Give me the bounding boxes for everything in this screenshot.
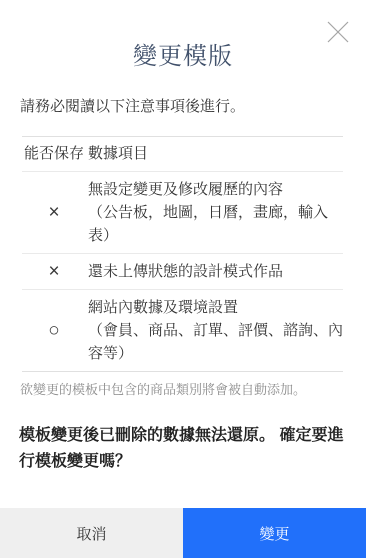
close-button[interactable] <box>321 15 355 49</box>
row-text-line: （公告板，地圖，日曆，畫廊，輸入表） <box>88 201 343 247</box>
data-items-table: 能否保存 數據項目 × 無設定變更及修改履歷的內容 （公告板，地圖，日曆，畫廊，… <box>22 136 343 372</box>
warning-text: 模板變更後已刪除的數據無法還原。 確定要進行模板變更嗎？ <box>19 423 346 475</box>
change-template-dialog: 變更模版 請務必閱讀以下注意事項後進行。 能否保存 數據項目 × 無設定變更及修… <box>0 0 366 475</box>
column-header-savable: 能否保存 <box>22 144 86 164</box>
column-header-data-item: 數據項目 <box>86 144 343 164</box>
table-row: × 無設定變更及修改履歷的內容 （公告板，地圖，日曆，畫廊，輸入表） <box>22 171 343 253</box>
close-icon <box>327 21 349 43</box>
not-savable-mark: × <box>48 202 59 223</box>
savable-mark: ○ <box>48 320 59 341</box>
intro-text: 請務必閱讀以下注意事項後進行。 <box>20 98 346 115</box>
cancel-button[interactable]: 取消 <box>0 508 183 558</box>
row-text-line: 無設定變更及修改履歷的內容 <box>88 178 343 201</box>
not-savable-mark: × <box>48 261 59 282</box>
row-text-line: 網站內數據及環境設置 <box>88 296 343 319</box>
table-row: ○ 網站內數據及環境設置 （會員、商品、訂單、評價、諮詢、內容等） <box>22 289 343 371</box>
auto-add-note: 欲變更的模板中包含的商品類別將會被自動添加。 <box>20 382 346 397</box>
page-title: 變更模版 <box>0 0 366 70</box>
row-text-line: 還未上傳狀態的設計模式作品 <box>88 260 343 283</box>
confirm-button[interactable]: 變更 <box>183 508 366 558</box>
dialog-footer: 取消 變更 <box>0 508 366 558</box>
row-text-line: （會員、商品、訂單、評價、諮詢、內容等） <box>88 319 343 365</box>
table-row: × 還未上傳狀態的設計模式作品 <box>22 253 343 289</box>
table-header-row: 能否保存 數據項目 <box>22 137 343 171</box>
